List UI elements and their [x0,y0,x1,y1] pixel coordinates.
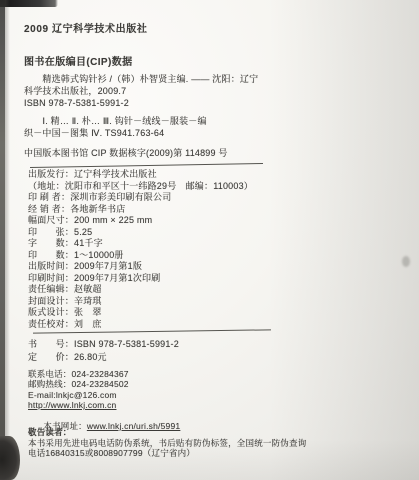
notice-title: 敬告读者： [28,427,306,438]
cip-classification-line: Ⅰ. 精… Ⅱ. 朴… Ⅲ. 钩针－绒线－服装－编 [24,115,207,127]
publication-info-row: 出版时间：2009年7月第1版 [28,261,253,273]
cip-header: 图书在版编目(CIP)数据 [24,53,133,68]
publisher-website-url: http://www.lnkj.com.cn [28,400,180,410]
publication-info-row: 出版发行：辽宁科学技术出版社 [28,169,253,181]
publication-info-row: 封面设计：辛琦琪 [28,296,253,308]
publication-info-row: 版式设计：张 翠 [28,307,253,319]
scan-smudge-artifact [402,256,410,267]
scan-edge-left-shadow [5,0,10,480]
contact-phone-line: 联系电话：024-23284367 [28,369,180,379]
notice-line: 本书采用先进电码电话防伪系统，书后贴有防伪标签，全国统一防伪查询 [28,438,306,449]
publication-info-row: 责任校对：刘 庶 [28,319,253,331]
book-number-row: 书 号：ISBN 978-7-5381-5991-2 [28,338,179,351]
cip-record-line: 科学技术出版社，2009.7 [24,85,258,97]
publication-info-row: （地址：沈阳市和平区十一纬路29号 邮编：110003） [28,181,253,193]
cip-registry-line: 中国版本图书馆 CIP 数据核字(2009)第 114899 号 [24,146,228,159]
publication-info-row: 幅面尺寸：200 mm × 225 mm [28,215,253,227]
reader-notice-block: 敬告读者： 本书采用先进电码电话防伪系统，书后贴有防伪标签，全国统一防伪查询电话… [28,427,306,459]
cip-classification-line: 织－中国－图集 Ⅳ. TS941.763-64 [24,127,207,139]
publication-info-row: 印 刷 者：深圳市彩美印刷有限公司 [28,192,253,204]
contact-email-line: E-mail:lnkjc@126.com [28,390,180,400]
publisher-year-line: 2009 辽宁科学技术出版社 [24,20,147,35]
book-number-block: 书 号：ISBN 978-7-5381-5991-2定 价：26.80元 [28,338,179,363]
book-number-row: 定 价：26.80元 [28,351,179,364]
cip-record-line: ISBN 978-7-5381-5991-2 [24,97,258,109]
scanned-copyright-page: 2009 辽宁科学技术出版社 图书在版编目(CIP)数据 精选韩式钩针衫 /（韩… [0,0,419,480]
publication-info-row: 印 张：5.25 [28,227,253,239]
publication-info-row: 印刷时间：2009年7月第1次印刷 [28,273,253,285]
publication-info-row: 印 数：1～10000册 [28,250,253,262]
cip-classification-paragraph: Ⅰ. 精… Ⅱ. 朴… Ⅲ. 钩针－绒线－服装－编织－中国－图集 Ⅳ. TS94… [24,115,207,139]
publication-info-block: 出版发行：辽宁科学技术出版社（地址：沈阳市和平区十一纬路29号 邮编：11000… [28,169,253,330]
cip-record-line: 精选韩式钩针衫 /（韩）朴智贤主编. —— 沈阳：辽宁 [24,73,258,85]
publication-info-row: 经 销 者：各地新华书店 [28,204,253,216]
cip-record-paragraph: 精选韩式钩针衫 /（韩）朴智贤主编. —— 沈阳：辽宁科学技术出版社，2009.… [24,73,258,109]
notice-line: 电话16840315或8008907799（辽宁省内） [28,448,306,459]
publication-info-row: 字 数：41千字 [28,238,253,250]
scan-right-shading [269,0,419,480]
contact-mail-order-line: 邮购热线：024-23284502 [28,379,180,389]
divider-line-top [30,163,263,168]
publication-info-row: 责任编辑：赵敏超 [28,284,253,296]
